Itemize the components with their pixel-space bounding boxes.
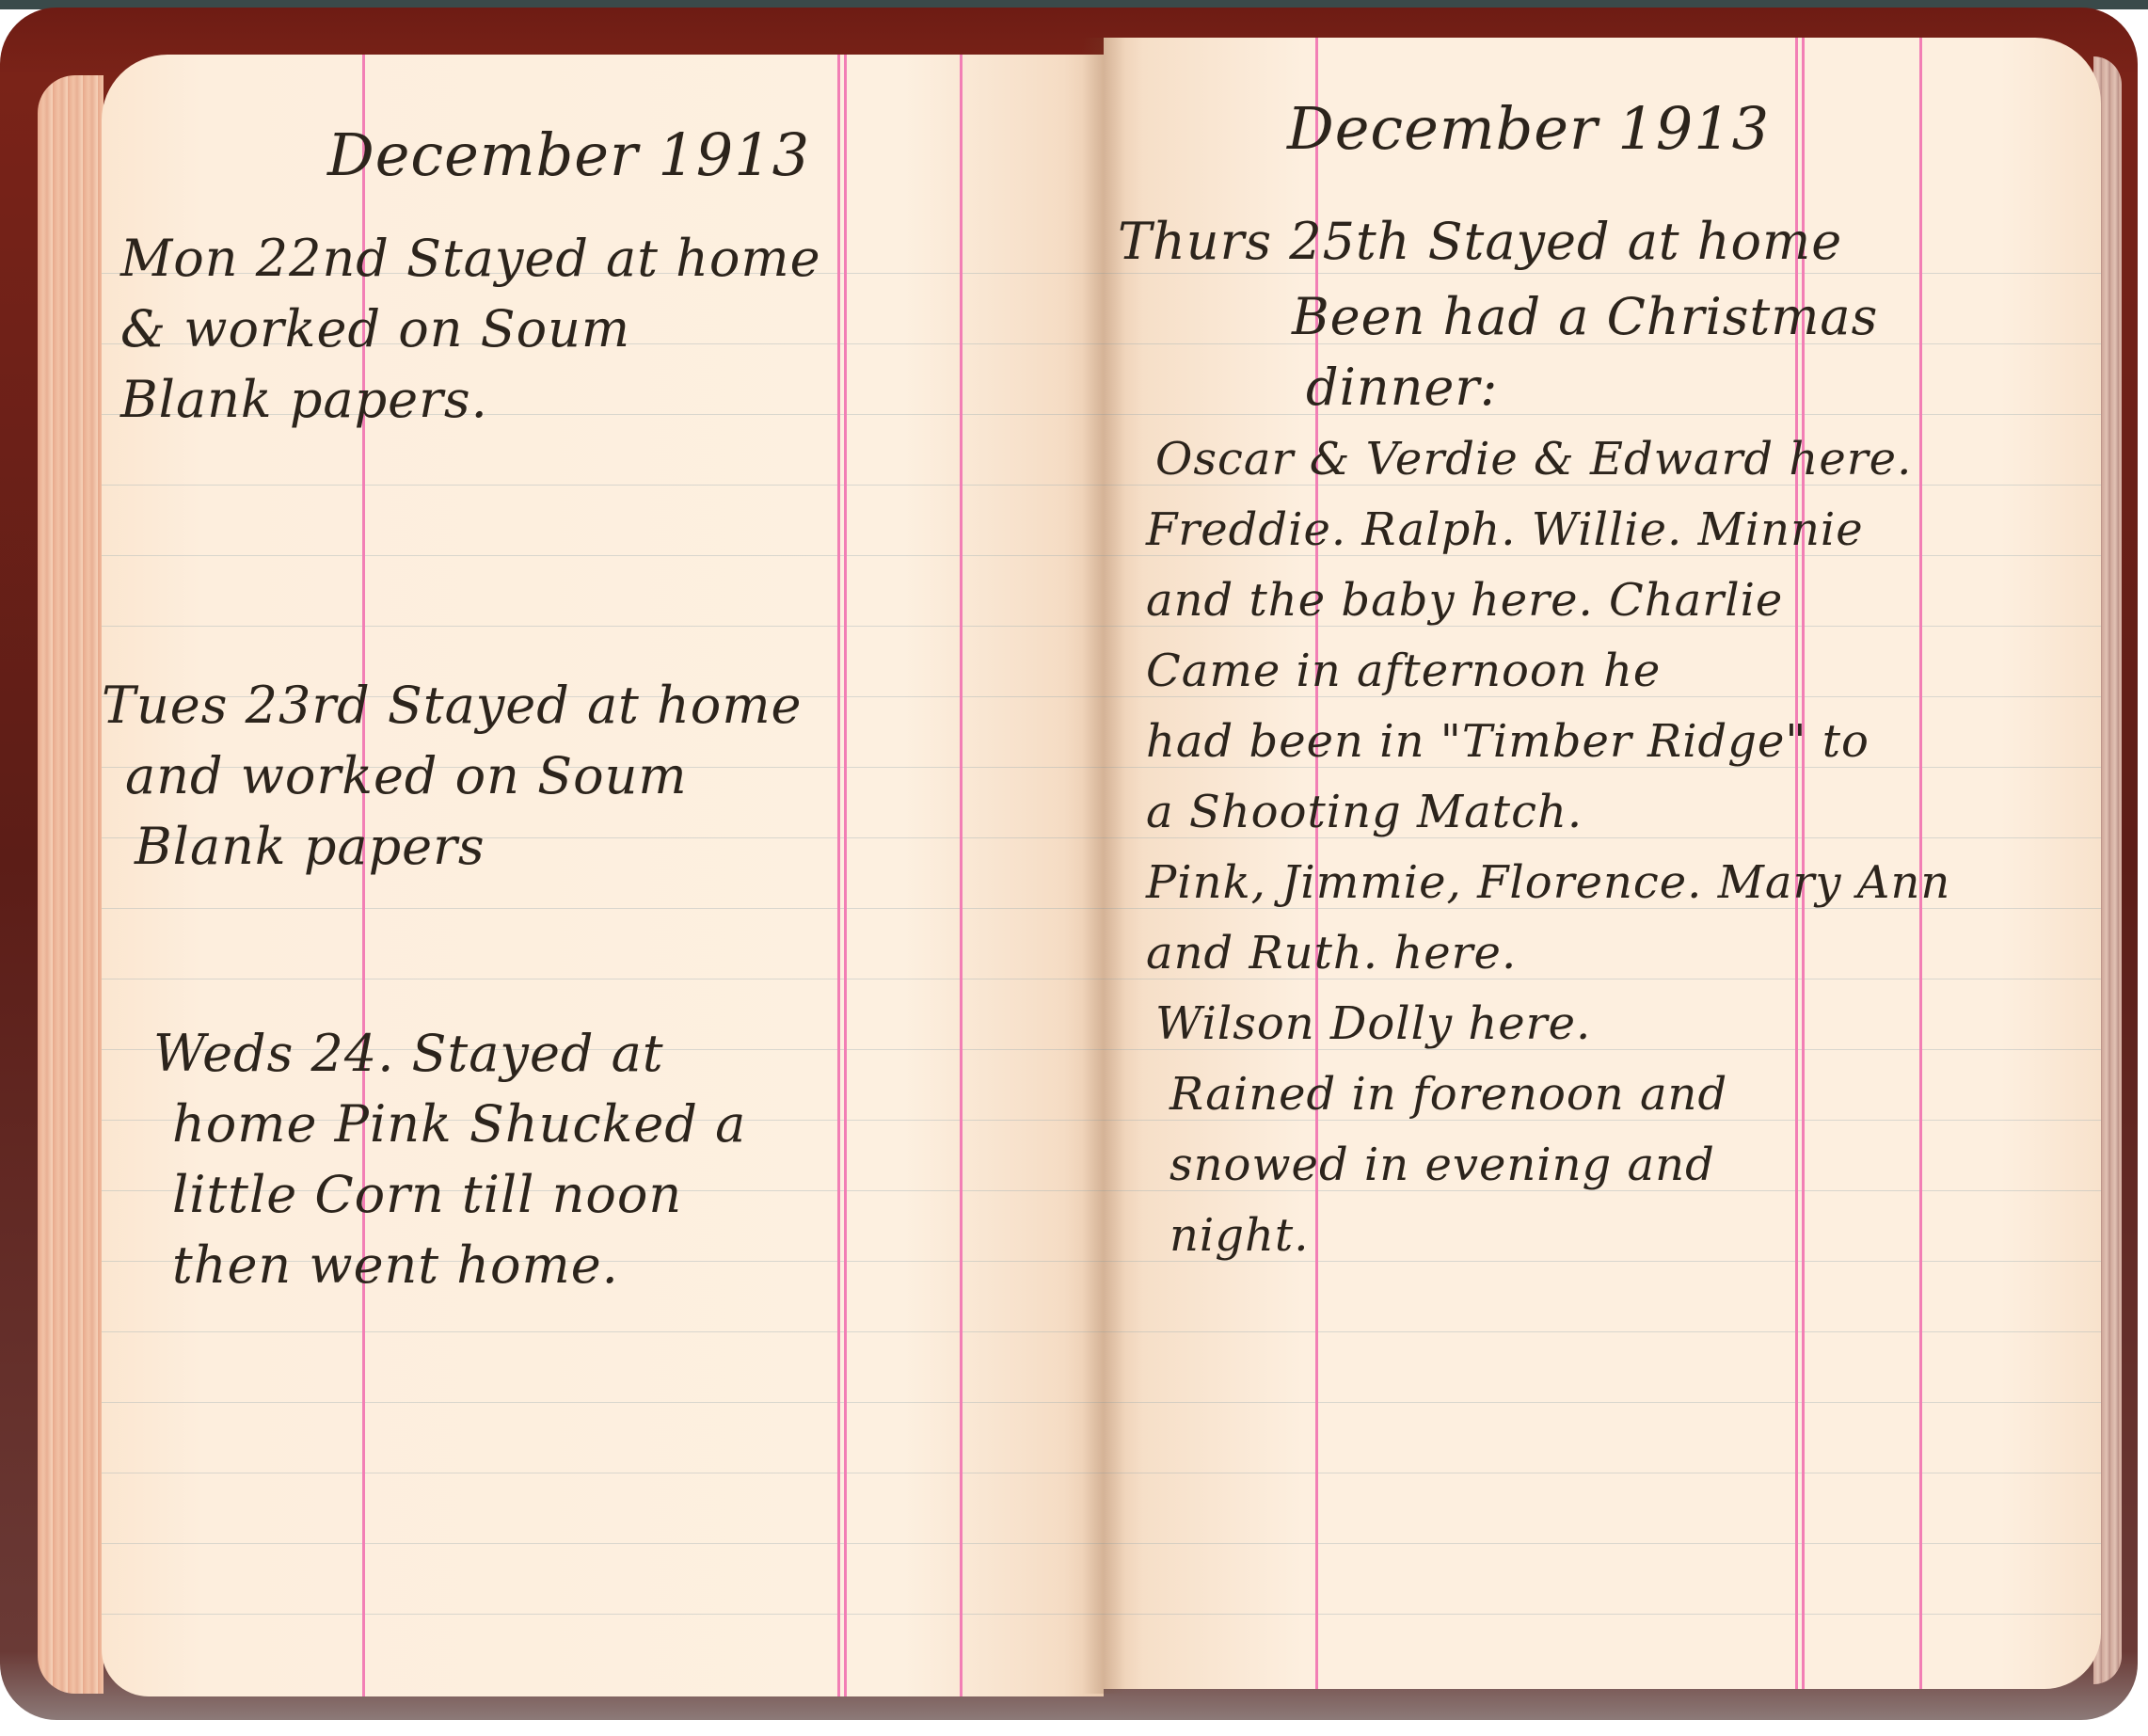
entry-line: Rained in forenoon and: [1169, 1068, 1727, 1121]
ruled-line: [1104, 1402, 2101, 1403]
ruled-line: [102, 626, 1104, 627]
entry-line: and the baby here. Charlie: [1146, 574, 1783, 627]
entry-line: snowed in evening and: [1169, 1139, 1715, 1191]
entry-line: Pink, Jimmie, Florence. Mary Ann: [1146, 856, 1950, 909]
margin-line: [844, 55, 847, 1696]
entry-line: Tues 23rd Stayed at home: [102, 676, 802, 735]
ruled-line: [1104, 1473, 2101, 1473]
entry-line: Oscar & Verdie & Edward here.: [1155, 433, 1912, 486]
ruled-line: [1104, 273, 2101, 274]
entry-line: Blank papers.: [120, 370, 488, 429]
margin-line: [960, 55, 963, 1696]
entry-line: Weds 24. Stayed at: [153, 1024, 664, 1083]
page-heading: December 1913: [327, 120, 810, 189]
entry-line: Thurs 25th Stayed at home: [1118, 212, 1842, 271]
entry-line: home Pink Shucked a: [172, 1094, 746, 1154]
ruled-line: [102, 908, 1104, 909]
ruled-line: [1104, 1543, 2101, 1544]
entry-line: Came in afternoon he: [1146, 645, 1661, 697]
entry-line: Wilson Dolly here.: [1155, 997, 1591, 1050]
ruled-line: [1104, 414, 2101, 415]
right-page: December 1913 Thurs 25th Stayed at home …: [1104, 38, 2101, 1689]
entry-line: Been had a Christmas: [1292, 287, 1878, 346]
margin-line: [837, 55, 840, 1696]
page-heading: December 1913: [1287, 94, 1770, 163]
ruled-line: [102, 555, 1104, 556]
entry-line: a Shooting Match.: [1146, 786, 1583, 838]
ruled-line: [102, 1402, 1104, 1403]
ruled-line: [102, 1473, 1104, 1473]
ruled-line: [102, 485, 1104, 486]
entry-line: Mon 22nd Stayed at home: [120, 229, 821, 288]
ruled-line: [1104, 1614, 2101, 1615]
ruled-line: [102, 1543, 1104, 1544]
ruled-line: [102, 979, 1104, 979]
entry-line: little Corn till noon: [172, 1165, 682, 1224]
entry-line: dinner:: [1306, 358, 1498, 417]
entry-line: had been in "Timber Ridge" to: [1146, 715, 1870, 768]
left-page: December 1913 Mon 22nd Stayed at home & …: [102, 55, 1104, 1696]
ruled-line: [102, 1331, 1104, 1332]
entry-line: then went home.: [172, 1235, 619, 1295]
page-edges-left: [38, 75, 103, 1694]
entry-line: night.: [1169, 1209, 1309, 1262]
book-gutter: [1082, 38, 1125, 1694]
ruled-line: [1104, 1331, 2101, 1332]
entry-line: and Ruth. here.: [1146, 927, 1517, 979]
entry-line: Blank papers: [135, 817, 485, 876]
entry-line: & worked on Soum: [120, 299, 630, 358]
entry-line: and worked on Soum: [125, 746, 688, 805]
ruled-line: [102, 1614, 1104, 1615]
entry-line: Freddie. Ralph. Willie. Minnie: [1146, 503, 1864, 556]
